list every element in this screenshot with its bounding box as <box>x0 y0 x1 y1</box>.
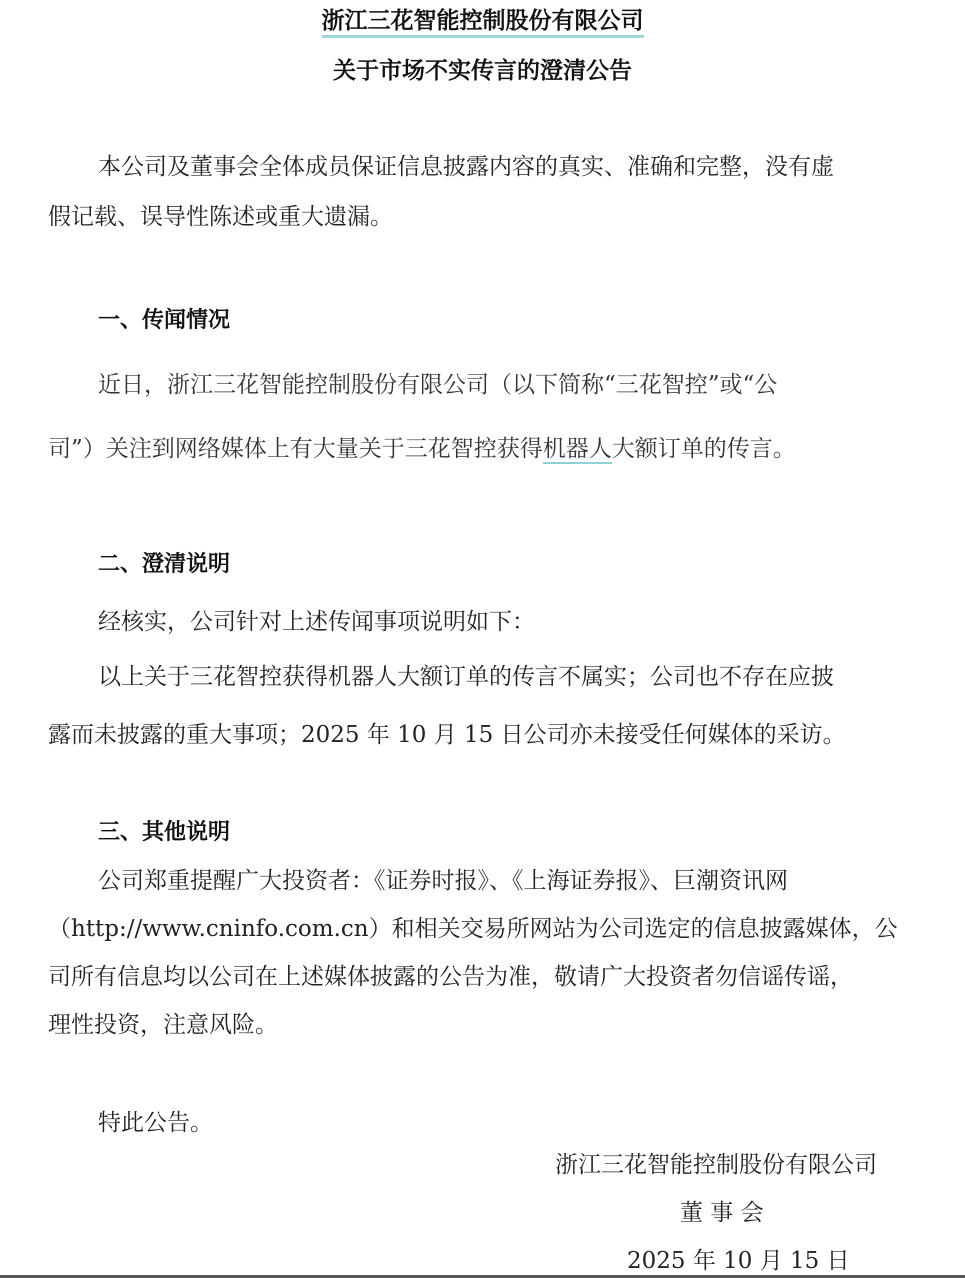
robot-keyword-link[interactable]: 机器人 <box>543 436 612 464</box>
section-heading-rumor: 一、传闻情况 <box>98 306 230 336</box>
company-title: 浙江三花智能控制股份有限公司 <box>0 6 965 36</box>
rumor-line-2: 司”）关注到网络媒体上有大量关于三花智控获得机器人大额订单的传言。 <box>48 434 796 464</box>
announcement-subject-title: 关于市场不实传言的澄清公告 <box>0 56 965 86</box>
other-line-1: 公司郑重提醒广大投资者：《证券时报》、《上海证券报》、巨潮资讯网 <box>98 866 788 896</box>
section-heading-other: 三、其他说明 <box>98 818 230 848</box>
other-line-3: 司所有信息均以公司在上述媒体披露的公告为准，敬请广大投资者勿信谣传谣， <box>48 962 853 992</box>
closing-text: 特此公告。 <box>98 1108 213 1138</box>
rumor-line-2-post: 大额订单的传言。 <box>612 436 796 462</box>
company-title-text: 浙江三花智能控制股份有限公司 <box>322 8 644 38</box>
signature-date: 2025 年 10 月 15 日 <box>627 1246 850 1276</box>
clarification-intro: 经核实，公司针对上述传闻事项说明如下： <box>98 607 535 637</box>
intro-line-2: 假记载、误导性陈述或重大遗漏。 <box>48 202 393 232</box>
clarification-line-1: 以上关于三花智控获得机器人大额订单的传言不属实；公司也不存在应披 <box>98 662 834 692</box>
section-heading-clarification: 二、澄清说明 <box>98 550 230 580</box>
intro-line-1: 本公司及董事会全体成员保证信息披露内容的真实、准确和完整，没有虚 <box>98 152 834 182</box>
rumor-line-1: 近日，浙江三花智能控制股份有限公司（以下简称“三花智控”或“公 <box>98 370 777 400</box>
signature-board: 董 事 会 <box>680 1198 764 1228</box>
other-line-4: 理性投资，注意风险。 <box>48 1010 278 1040</box>
rumor-line-2-pre: 司”）关注到网络媒体上有大量关于三花智控获得 <box>48 436 543 462</box>
clarification-line-2: 露而未披露的重大事项；2025 年 10 月 15 日公司亦未接受任何媒体的采访… <box>48 720 846 750</box>
signature-company: 浙江三花智能控制股份有限公司 <box>555 1150 877 1180</box>
other-line-2: （http://www.cninfo.com.cn）和相关交易所网站为公司选定的… <box>48 914 898 944</box>
